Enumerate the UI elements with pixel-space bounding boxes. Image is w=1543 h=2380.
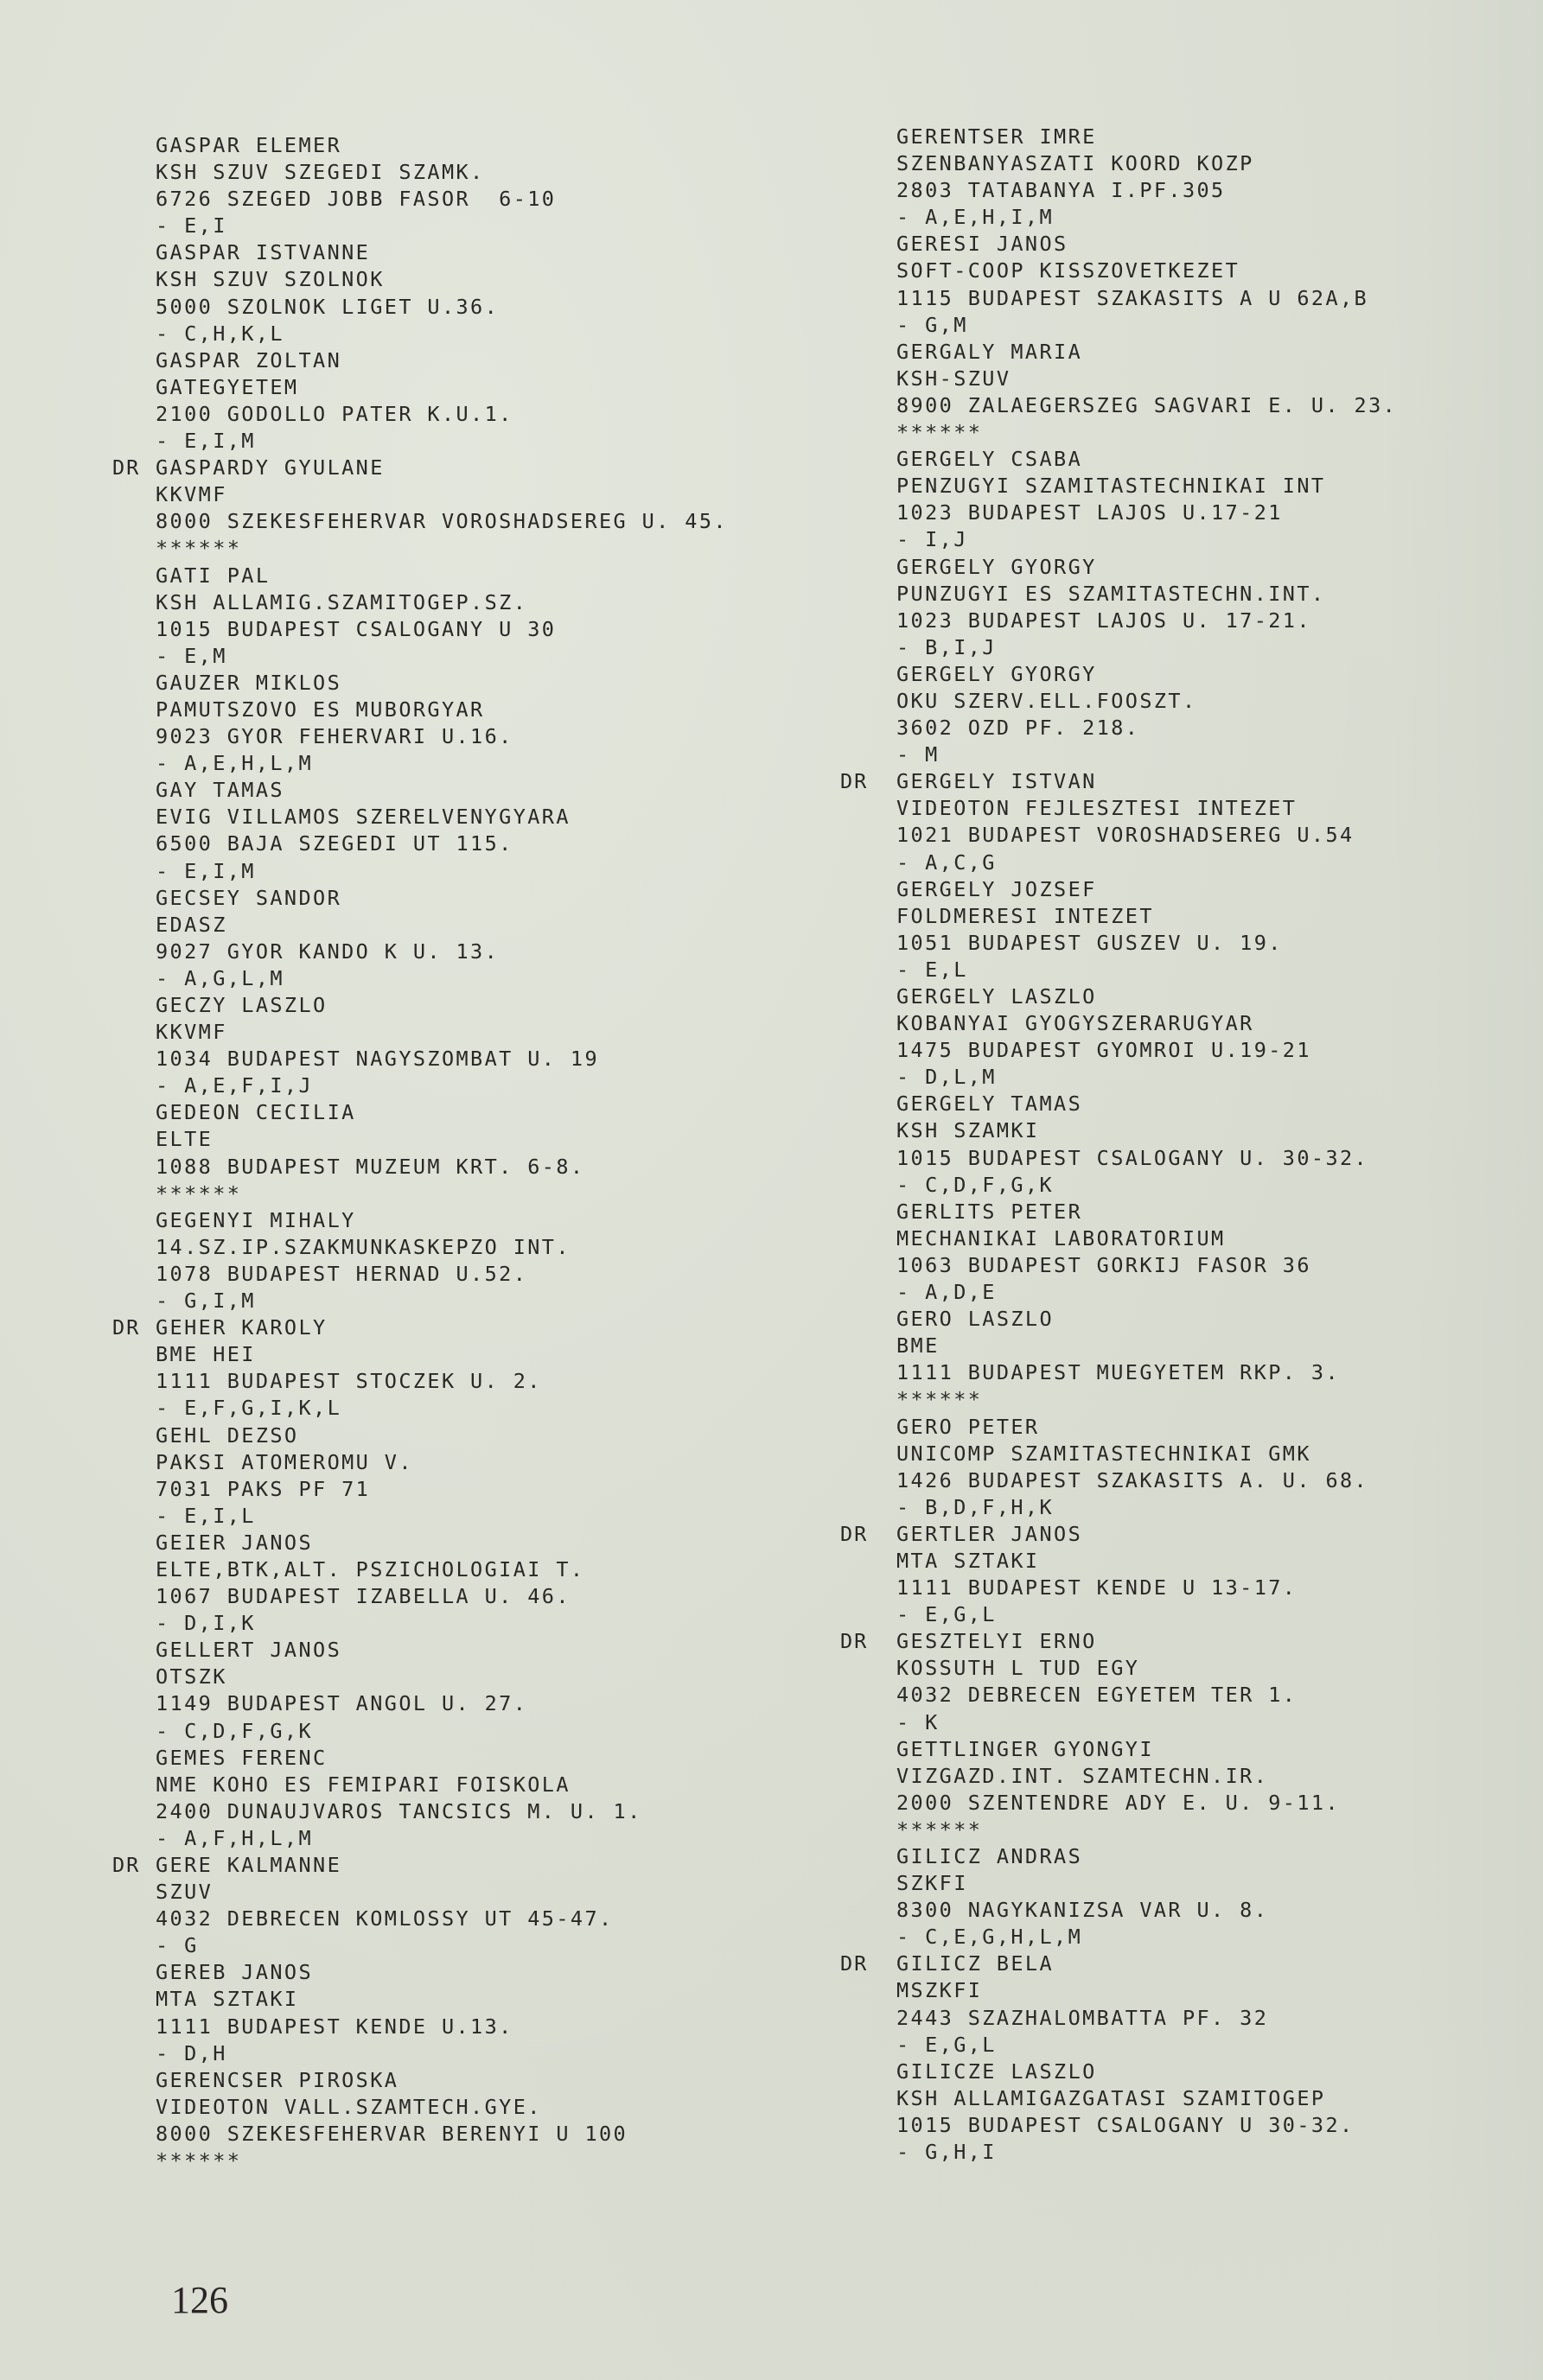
entry-codes-line: - E,G,L (840, 2032, 1397, 2059)
entry-codes-line: - A,E,H,L,M (112, 750, 728, 777)
entry-name: GILICZE LASZLO (896, 2059, 1097, 2084)
entry-organization: VIDEOTON VALL.SZAMTECH.GYE. (156, 2095, 542, 2119)
directory-entry: GASPAR ZOLTANGATEGYETEM2100 GODOLLO PATE… (112, 347, 728, 455)
entry-codes: - C,E,G,H,L,M (896, 1925, 1082, 1949)
directory-entry: GERGALY MARIAKSH-SZUV8900 ZALAEGERSZEG S… (840, 339, 1397, 446)
directory-entry: DRGASPARDY GYULANEKKVMF8000 SZEKESFEHERV… (112, 455, 728, 562)
entry-codes-line: ****** (840, 1386, 1397, 1413)
entry-organization-line: KKVMF (112, 1019, 728, 1046)
entry-name-line: GERESI JANOS (840, 231, 1397, 258)
entry-organization-line: MTA SZTAKI (840, 1548, 1397, 1575)
entry-name-line: GAUZER MIKLOS (112, 670, 728, 697)
entry-codes-line: - E,M (112, 643, 728, 670)
entry-name: GERENTSER IMRE (896, 124, 1097, 149)
entry-codes-line: ****** (112, 535, 728, 562)
entry-name-line: GECZY LASZLO (112, 992, 728, 1019)
entry-name-line: GEREB JANOS (112, 1959, 728, 1986)
entry-name: GERESI JANOS (896, 232, 1068, 256)
entry-codes-line: - E,I,L (112, 1503, 728, 1530)
entry-address: 1149 BUDAPEST ANGOL U. 27. (156, 1691, 527, 1715)
entry-organization: KSH SZAMKI (896, 1118, 1039, 1142)
entry-name-line: GILICZE LASZLO (840, 2059, 1397, 2085)
entry-organization-line: VIDEOTON FEJLESZTESI INTEZET (840, 795, 1397, 822)
entry-address-line: 8900 ZALAEGERSZEG SAGVARI E. U. 23. (840, 392, 1397, 419)
entry-codes: - A,E,H,L,M (156, 751, 313, 775)
entry-address: 1111 BUDAPEST STOCZEK U. 2. (156, 1369, 542, 1393)
entry-name: GECSEY SANDOR (156, 886, 341, 910)
entry-organization-line: NME KOHO ES FEMIPARI FOISKOLA (112, 1772, 728, 1798)
entry-name-line: GERO PETER (840, 1414, 1397, 1441)
directory-entry: GILICZ ANDRASSZKFI8300 NAGYKANIZSA VAR U… (840, 1843, 1397, 1950)
entry-address-line: 5000 SZOLNOK LIGET U.36. (112, 294, 728, 321)
entry-codes: ****** (156, 1181, 241, 1206)
entry-name: GERLITS PETER (896, 1200, 1082, 1224)
entry-address: 1088 BUDAPEST MUZEUM KRT. 6-8. (156, 1155, 584, 1179)
entry-name-line: DRGASPARDY GYULANE (112, 455, 728, 481)
entry-organization-line: KSH SZUV SZOLNOK (112, 266, 728, 293)
entry-organization-line: OTSZK (112, 1664, 728, 1690)
entry-organization-line: KSH ALLAMIGAZGATASI SZAMITOGEP (840, 2085, 1397, 2112)
entry-organization-line: KSH ALLAMIG.SZAMITOGEP.SZ. (112, 589, 728, 616)
entry-address-line: 9023 GYOR FEHERVARI U.16. (112, 723, 728, 750)
title-prefix: DR (840, 1521, 896, 1548)
entry-name: GERE KALMANNE (156, 1853, 341, 1877)
entry-organization: PUNZUGYI ES SZAMITASTECHN.INT. (896, 582, 1325, 606)
entry-codes: - E,L (896, 958, 968, 982)
entry-organization: ELTE,BTK,ALT. PSZICHOLOGIAI T. (156, 1557, 584, 1581)
entry-organization: VIDEOTON FEJLESZTESI INTEZET (896, 796, 1297, 820)
directory-entry: GAY TAMASEVIG VILLAMOS SZERELVENYGYARA65… (112, 777, 728, 884)
entry-organization: MSZKFI (896, 1978, 982, 2002)
entry-address: 1015 BUDAPEST CSALOGANY U 30 (156, 617, 556, 641)
entry-codes-line: - E,I,M (112, 858, 728, 885)
entry-organization-line: ELTE,BTK,ALT. PSZICHOLOGIAI T. (112, 1556, 728, 1583)
entry-name-line: GEDEON CECILIA (112, 1099, 728, 1126)
entry-address: 2443 SZAZHALOMBATTA PF. 32 (896, 2006, 1268, 2030)
entry-address-line: 8300 NAGYKANIZSA VAR U. 8. (840, 1897, 1397, 1924)
entry-codes: - G (156, 1933, 199, 1957)
entry-name-line: DRGESZTELYI ERNO (840, 1628, 1397, 1655)
entry-organization-line: ELTE (112, 1126, 728, 1153)
entry-name: GERTLER JANOS (896, 1522, 1082, 1546)
entry-codes-line: - B,D,F,H,K (840, 1494, 1397, 1521)
entry-codes: - A,D,E (896, 1280, 997, 1304)
entry-name: GERGELY JOZSEF (896, 877, 1097, 901)
entry-codes-line: - D,L,M (840, 1064, 1397, 1091)
entry-codes: ****** (156, 536, 241, 560)
entry-name: GETTLINGER GYONGYI (896, 1737, 1154, 1761)
entry-address: 1111 BUDAPEST KENDE U.13. (156, 2014, 513, 2039)
entry-address-line: 4032 DEBRECEN EGYETEM TER 1. (840, 1682, 1397, 1709)
entry-organization: KSH ALLAMIG.SZAMITOGEP.SZ. (156, 590, 527, 614)
entry-codes-line: - A,E,H,I,M (840, 204, 1397, 231)
entry-organization: 14.SZ.IP.SZAKMUNKASKEPZO INT. (156, 1235, 571, 1259)
directory-entry: GERGELY LASZLOKOBANYAI GYOGYSZERARUGYAR1… (840, 983, 1397, 1091)
entry-codes: ****** (896, 1387, 982, 1411)
entry-organization: PAKSI ATOMEROMU V. (156, 1450, 413, 1474)
entry-codes-line: - E,I,M (112, 428, 728, 455)
entry-organization: KSH SZUV SZEGEDI SZAMK. (156, 160, 485, 184)
entry-organization-line: OKU SZERV.ELL.FOOSZT. (840, 688, 1397, 715)
entry-codes: - E,G,L (896, 2033, 997, 2057)
entry-organization-line: PAMUTSZOVO ES MUBORGYAR (112, 697, 728, 723)
entry-codes-line: - C,H,K,L (112, 321, 728, 347)
entry-organization-line: KOSSUTH L TUD EGY (840, 1655, 1397, 1682)
entry-organization: KSH SZUV SZOLNOK (156, 267, 385, 291)
directory-entry: GETTLINGER GYONGYIVIZGAZD.INT. SZAMTECHN… (840, 1736, 1397, 1843)
entry-address: 9027 GYOR KANDO K U. 13. (156, 939, 499, 964)
entry-codes: - E,I,M (156, 429, 256, 453)
entry-name: GELLERT JANOS (156, 1638, 341, 1662)
directory-entry: GASPAR ELEMERKSH SZUV SZEGEDI SZAMK.6726… (112, 132, 728, 239)
entry-codes-line: - E,G,L (840, 1601, 1397, 1628)
entry-codes-line: ****** (840, 1817, 1397, 1843)
entry-address: 8000 SZEKESFEHERVAR VOROSHADSEREG U. 45. (156, 509, 728, 533)
entry-codes-line: - G,M (840, 312, 1397, 339)
entry-organization: KSH-SZUV (896, 366, 1011, 391)
entry-name: GERENCSER PIROSKA (156, 2068, 399, 2092)
entry-organization: NME KOHO ES FEMIPARI FOISKOLA (156, 1772, 571, 1797)
entry-name: GECZY LASZLO (156, 993, 328, 1017)
entry-codes: - C,D,F,G,K (896, 1173, 1054, 1197)
entry-name-line: GERGELY CSABA (840, 446, 1397, 473)
entry-address-line: 1023 BUDAPEST LAJOS U. 17-21. (840, 608, 1397, 634)
entry-codes-line: - C,D,F,G,K (112, 1718, 728, 1745)
entry-address: 2100 GODOLLO PATER K.U.1. (156, 402, 513, 426)
entry-address: 3602 OZD PF. 218. (896, 716, 1139, 740)
entry-address-line: 9027 GYOR KANDO K U. 13. (112, 939, 728, 965)
entry-organization: BME HEI (156, 1342, 256, 1366)
entry-codes: - C,D,F,G,K (156, 1719, 313, 1743)
entry-organization-line: KSH SZUV SZEGEDI SZAMK. (112, 159, 728, 186)
directory-entry: GATI PALKSH ALLAMIG.SZAMITOGEP.SZ.1015 B… (112, 563, 728, 670)
entry-organization: BME (896, 1333, 940, 1358)
entry-address: 9023 GYOR FEHERVARI U.16. (156, 724, 513, 748)
entry-codes: - A,G,L,M (156, 966, 284, 990)
entry-organization: PENZUGYI SZAMITASTECHNIKAI INT (896, 474, 1325, 498)
entry-name-line: GERGALY MARIA (840, 339, 1397, 366)
directory-entry: GEDEON CECILIAELTE1088 BUDAPEST MUZEUM K… (112, 1099, 728, 1206)
entry-name-line: GEHL DEZSO (112, 1422, 728, 1449)
entry-organization-line: GATEGYETEM (112, 374, 728, 401)
entry-organization-line: EDASZ (112, 912, 728, 939)
entry-name: GESZTELYI ERNO (896, 1629, 1097, 1653)
entry-address: 1111 BUDAPEST MUEGYETEM RKP. 3. (896, 1360, 1340, 1384)
entry-name: GASPAR ISTVANNE (156, 240, 370, 264)
entry-address-line: 1111 BUDAPEST MUEGYETEM RKP. 3. (840, 1359, 1397, 1386)
entry-codes-line: - A,D,E (840, 1279, 1397, 1306)
entry-codes: - A,F,H,L,M (156, 1826, 313, 1850)
entry-organization-line: VIZGAZD.INT. SZAMTECHN.IR. (840, 1763, 1397, 1790)
entry-codes: - E,I,L (156, 1504, 256, 1528)
entry-name-line: GEGENYI MIHALY (112, 1207, 728, 1234)
entry-name: GERO PETER (896, 1415, 1039, 1439)
entry-codes-line: - K (840, 1709, 1397, 1736)
entry-codes-line: - E,F,G,I,K,L (112, 1395, 728, 1422)
entry-organization-line: BME HEI (112, 1341, 728, 1368)
entry-organization-line: MTA SZTAKI (112, 1986, 728, 2013)
directory-entry: GEIER JANOSELTE,BTK,ALT. PSZICHOLOGIAI T… (112, 1530, 728, 1637)
entry-codes: - D,L,M (896, 1065, 997, 1089)
entry-address: 7031 PAKS PF 71 (156, 1477, 370, 1501)
directory-entry: GERO LASZLOBME1111 BUDAPEST MUEGYETEM RK… (840, 1306, 1397, 1413)
entry-organization-line: KOBANYAI GYOGYSZERARUGYAR (840, 1010, 1397, 1037)
directory-entry: DRGERE KALMANNESZUV4032 DEBRECEN KOMLOSS… (112, 1852, 728, 1959)
title-prefix: DR (840, 1950, 896, 1977)
entry-codes: ****** (156, 2148, 241, 2173)
entry-organization-line: SZKFI (840, 1870, 1397, 1897)
entry-organization: FOLDMERESI INTEZET (896, 904, 1154, 928)
entry-organization-line: BME (840, 1333, 1397, 1359)
entry-address-line: 1034 BUDAPEST NAGYSZOMBAT U. 19 (112, 1046, 728, 1072)
directory-entry: GERGELY TAMASKSH SZAMKI1015 BUDAPEST CSA… (840, 1091, 1397, 1198)
entry-organization: MTA SZTAKI (156, 1987, 298, 2011)
entry-codes: - D,I,K (156, 1611, 256, 1635)
entry-organization: GATEGYETEM (156, 375, 298, 399)
entry-organization: SZENBANYASZATI KOORD KOZP (896, 151, 1254, 175)
entry-address-line: 1051 BUDAPEST GUSZEV U. 19. (840, 930, 1397, 957)
title-prefix: DR (112, 1314, 156, 1341)
entry-address-line: 6726 SZEGED JOBB FASOR 6-10 (112, 186, 728, 213)
entry-codes: - E,G,L (896, 1602, 997, 1626)
entry-address-line: 1067 BUDAPEST IZABELLA U. 46. (112, 1583, 728, 1610)
entry-codes-line: ****** (112, 1180, 728, 1207)
entry-organization-line: PAKSI ATOMEROMU V. (112, 1449, 728, 1476)
entry-address: 1475 BUDAPEST GYOMROI U.19-21 (896, 1038, 1311, 1062)
entry-name: GEHL DEZSO (156, 1423, 298, 1448)
entry-address-line: 1111 BUDAPEST STOCZEK U. 2. (112, 1368, 728, 1395)
entry-address-line: 1015 BUDAPEST CSALOGANY U 30 (112, 616, 728, 643)
entry-address-line: 6500 BAJA SZEGEDI UT 115. (112, 830, 728, 857)
entry-name: GAY TAMAS (156, 778, 284, 802)
directory-entry: GECZY LASZLOKKVMF1034 BUDAPEST NAGYSZOMB… (112, 992, 728, 1099)
directory-entry: GECSEY SANDOREDASZ9027 GYOR KANDO K U. 1… (112, 885, 728, 992)
directory-entry: GERESI JANOSSOFT-COOP KISSZOVETKEZET1115… (840, 231, 1397, 338)
entry-name: GERGELY GYORGY (896, 662, 1097, 686)
entry-name: GASPAR ELEMER (156, 133, 341, 157)
entry-codes-line: - C,E,G,H,L,M (840, 1924, 1397, 1950)
entry-name-line: GERGELY LASZLO (840, 983, 1397, 1010)
entry-name-line: GERGELY JOZSEF (840, 876, 1397, 903)
entry-name-line: GERO LASZLO (840, 1306, 1397, 1333)
entry-address: 1051 BUDAPEST GUSZEV U. 19. (896, 931, 1283, 955)
entry-organization-line: 14.SZ.IP.SZAKMUNKASKEPZO INT. (112, 1234, 728, 1261)
title-prefix: DR (840, 1628, 896, 1655)
entry-name: GEHER KAROLY (156, 1315, 328, 1340)
entry-name-line: GERGELY GYORGY (840, 554, 1397, 581)
entry-name-line: GERGELY TAMAS (840, 1091, 1397, 1117)
entry-organization: MECHANIKAI LABORATORIUM (896, 1226, 1226, 1250)
entry-name-line: DRGILICZ BELA (840, 1950, 1397, 1977)
directory-column-left: GASPAR ELEMERKSH SZUV SZEGEDI SZAMK.6726… (112, 132, 728, 2174)
entry-codes-line: - D,H (112, 2040, 728, 2067)
entry-codes: ****** (896, 420, 982, 444)
entry-address-line: 2803 TATABANYA I.PF.305 (840, 177, 1397, 204)
entry-name: GASPARDY GYULANE (156, 455, 385, 480)
entry-name: GEREB JANOS (156, 1960, 313, 1984)
entry-name-line: GILICZ ANDRAS (840, 1843, 1397, 1870)
directory-entry: GILICZE LASZLOKSH ALLAMIGAZGATASI SZAMIT… (840, 2059, 1397, 2166)
page-edge-shadow (1387, 0, 1543, 2380)
entry-address: 8300 NAGYKANIZSA VAR U. 8. (896, 1898, 1268, 1922)
entry-name: GERO LASZLO (896, 1307, 1054, 1331)
entry-codes-line: - A,F,H,L,M (112, 1825, 728, 1852)
entry-address: 4032 DEBRECEN KOMLOSSY UT 45-47. (156, 1906, 614, 1931)
directory-entry: GERGELY GYORGYOKU SZERV.ELL.FOOSZT.3602 … (840, 661, 1397, 768)
entry-name-line: GASPAR ZOLTAN (112, 347, 728, 374)
entry-name-line: DRGERE KALMANNE (112, 1852, 728, 1879)
entry-organization-line: PENZUGYI SZAMITASTECHNIKAI INT (840, 473, 1397, 500)
directory-entry: DRGESZTELYI ERNOKOSSUTH L TUD EGY4032 DE… (840, 1628, 1397, 1735)
entry-address: 1034 BUDAPEST NAGYSZOMBAT U. 19 (156, 1047, 599, 1071)
page-number: 126 (171, 2278, 228, 2322)
entry-name: GERGALY MARIA (896, 340, 1082, 364)
entry-codes: - D,H (156, 2041, 227, 2065)
directory-entry: GERGELY GYORGYPUNZUGYI ES SZAMITASTECHN.… (840, 554, 1397, 661)
entry-address: 1023 BUDAPEST LAJOS U.17-21 (896, 500, 1283, 525)
entry-organization-line: SZUV (112, 1879, 728, 1906)
entry-codes: - A,E,F,I,J (156, 1073, 313, 1098)
title-prefix: DR (840, 768, 896, 795)
entry-organization: KOBANYAI GYOGYSZERARUGYAR (896, 1011, 1254, 1035)
entry-address-line: 2100 GODOLLO PATER K.U.1. (112, 401, 728, 428)
entry-name: GILICZ BELA (896, 1951, 1054, 1976)
entry-name-line: DRGEHER KAROLY (112, 1314, 728, 1341)
entry-organization: OKU SZERV.ELL.FOOSZT. (896, 689, 1197, 713)
entry-address-line: 8000 SZEKESFEHERVAR BERENYI U 100 (112, 2121, 728, 2148)
entry-address: 6500 BAJA SZEGEDI UT 115. (156, 831, 513, 856)
directory-entry: GEREB JANOSMTA SZTAKI1111 BUDAPEST KENDE… (112, 1959, 728, 2066)
entry-address-line: 2400 DUNAUJVAROS TANCSICS M. U. 1. (112, 1798, 728, 1825)
entry-name: GERGELY ISTVAN (896, 769, 1097, 793)
entry-name-line: GERLITS PETER (840, 1199, 1397, 1225)
entry-address-line: 3602 OZD PF. 218. (840, 715, 1397, 741)
entry-name-line: GASPAR ISTVANNE (112, 239, 728, 266)
entry-address-line: 1426 BUDAPEST SZAKASITS A. U. 68. (840, 1467, 1397, 1494)
entry-address-line: 4032 DEBRECEN KOMLOSSY UT 45-47. (112, 1906, 728, 1932)
entry-address: 1111 BUDAPEST KENDE U 13-17. (896, 1575, 1297, 1600)
entry-name-line: GEMES FERENC (112, 1745, 728, 1772)
entry-name: GATI PAL (156, 563, 270, 588)
entry-codes-line: - A,G,L,M (112, 965, 728, 992)
entry-name-line: DRGERTLER JANOS (840, 1521, 1397, 1548)
title-prefix: DR (112, 455, 156, 481)
entry-codes-line: - M (840, 741, 1397, 768)
entry-name: GEMES FERENC (156, 1746, 328, 1770)
directory-entry: GELLERT JANOSOTSZK1149 BUDAPEST ANGOL U.… (112, 1637, 728, 1744)
entry-organization-line: MSZKFI (840, 1977, 1397, 2004)
entry-address: 1023 BUDAPEST LAJOS U. 17-21. (896, 608, 1311, 633)
directory-entry: DRGERTLER JANOSMTA SZTAKI1111 BUDAPEST K… (840, 1521, 1397, 1628)
directory-entry: GERGELY JOZSEFFOLDMERESI INTEZET1051 BUD… (840, 876, 1397, 983)
directory-entry: GERO PETERUNICOMP SZAMITASTECHNIKAI GMK1… (840, 1414, 1397, 1521)
entry-address: 6726 SZEGED JOBB FASOR 6-10 (156, 187, 556, 211)
entry-address-line: 7031 PAKS PF 71 (112, 1476, 728, 1503)
entry-codes-line: - E,I (112, 213, 728, 239)
entry-codes: - G,I,M (156, 1289, 256, 1313)
entry-address-line: 1015 BUDAPEST CSALOGANY U 30-32. (840, 2112, 1397, 2139)
directory-entry: GASPAR ISTVANNEKSH SZUV SZOLNOK5000 SZOL… (112, 239, 728, 347)
entry-address: 4032 DEBRECEN EGYETEM TER 1. (896, 1683, 1297, 1707)
directory-entry: DRGERGELY ISTVANVIDEOTON FEJLESZTESI INT… (840, 768, 1397, 875)
entry-address-line: 1015 BUDAPEST CSALOGANY U. 30-32. (840, 1145, 1397, 1172)
entry-organization: SZKFI (896, 1871, 968, 1895)
entry-name-line: GERENTSER IMRE (840, 124, 1397, 150)
entry-organization-line: KSH-SZUV (840, 366, 1397, 392)
entry-codes-line: - G (112, 1932, 728, 1959)
entry-address-line: 1088 BUDAPEST MUZEUM KRT. 6-8. (112, 1154, 728, 1180)
entry-codes: ****** (896, 1817, 982, 1842)
entry-codes: - E,I,M (156, 859, 256, 883)
entry-codes-line: - G,I,M (112, 1288, 728, 1314)
entry-organization: SZUV (156, 1880, 213, 1904)
directory-entry: GERGELY CSABAPENZUGYI SZAMITASTECHNIKAI … (840, 446, 1397, 553)
entry-codes: - E,M (156, 644, 227, 668)
entry-name-line: GATI PAL (112, 563, 728, 589)
entry-name-line: GELLERT JANOS (112, 1637, 728, 1664)
entry-address: 1067 BUDAPEST IZABELLA U. 46. (156, 1584, 571, 1608)
directory-entry: GEMES FERENCNME KOHO ES FEMIPARI FOISKOL… (112, 1745, 728, 1852)
entry-organization: KOSSUTH L TUD EGY (896, 1656, 1139, 1680)
entry-name: GERGELY GYORGY (896, 555, 1097, 579)
entry-address: 8000 SZEKESFEHERVAR BERENYI U 100 (156, 2122, 628, 2146)
entry-address-line: 1078 BUDAPEST HERNAD U.52. (112, 1261, 728, 1288)
entry-address: 1021 BUDAPEST VOROSHADSEREG U.54 (896, 823, 1355, 847)
entry-address: 1115 BUDAPEST SZAKASITS A U 62A,B (896, 286, 1368, 310)
directory-entry: DRGILICZ BELAMSZKFI2443 SZAZHALOMBATTA P… (840, 1950, 1397, 2058)
entry-name: GILICZ ANDRAS (896, 1844, 1082, 1868)
entry-organization: EDASZ (156, 913, 227, 937)
entry-codes-line: - C,D,F,G,K (840, 1172, 1397, 1199)
entry-codes: - E,I (156, 213, 227, 238)
entry-codes-line: ****** (840, 419, 1397, 446)
entry-name-line: GECSEY SANDOR (112, 885, 728, 912)
entry-name: GERGELY LASZLO (896, 984, 1097, 1009)
entry-address-line: 8000 SZEKESFEHERVAR VOROSHADSEREG U. 45. (112, 508, 728, 535)
entry-name: GEDEON CECILIA (156, 1100, 356, 1124)
entry-organization: KKVMF (156, 482, 227, 506)
entry-name-line: GEIER JANOS (112, 1530, 728, 1556)
entry-codes-line: - B,I,J (840, 634, 1397, 661)
entry-organization: MTA SZTAKI (896, 1549, 1039, 1573)
entry-organization-line: PUNZUGYI ES SZAMITASTECHN.INT. (840, 581, 1397, 608)
entry-codes: - E,F,G,I,K,L (156, 1396, 341, 1420)
entry-organization: KSH ALLAMIGAZGATASI SZAMITOGEP (896, 2086, 1325, 2110)
entry-name: GERGELY TAMAS (896, 1091, 1082, 1116)
entry-organization: ELTE (156, 1127, 213, 1151)
directory-entry: GEHL DEZSOPAKSI ATOMEROMU V.7031 PAKS PF… (112, 1422, 728, 1530)
entry-codes: - I,J (896, 527, 968, 551)
entry-codes-line: - G,H,I (840, 2139, 1397, 2166)
entry-organization: VIZGAZD.INT. SZAMTECHN.IR. (896, 1764, 1268, 1788)
entry-organization: SOFT-COOP KISSZOVETKEZET (896, 258, 1240, 283)
entry-address: 5000 SZOLNOK LIGET U.36. (156, 295, 499, 319)
entry-organization-line: KKVMF (112, 481, 728, 508)
entry-codes: - B,D,F,H,K (896, 1495, 1054, 1519)
entry-name-line: GETTLINGER GYONGYI (840, 1736, 1397, 1763)
entry-organization-line: SOFT-COOP KISSZOVETKEZET (840, 258, 1397, 284)
entry-organization-line: SZENBANYASZATI KOORD KOZP (840, 150, 1397, 177)
entry-address-line: 1115 BUDAPEST SZAKASITS A U 62A,B (840, 285, 1397, 312)
entry-name: GAUZER MIKLOS (156, 671, 341, 695)
entry-name: GERGELY CSABA (896, 447, 1082, 471)
directory-entry: GERENTSER IMRESZENBANYASZATI KOORD KOZP2… (840, 124, 1397, 231)
entry-name-line: GAY TAMAS (112, 777, 728, 804)
entry-address-line: 1111 BUDAPEST KENDE U.13. (112, 2014, 728, 2040)
entry-address: 2000 SZENTENDRE ADY E. U. 9-11. (896, 1791, 1340, 1815)
entry-codes: - B,I,J (896, 635, 997, 659)
entry-address: 1015 BUDAPEST CSALOGANY U 30-32. (896, 2113, 1355, 2137)
